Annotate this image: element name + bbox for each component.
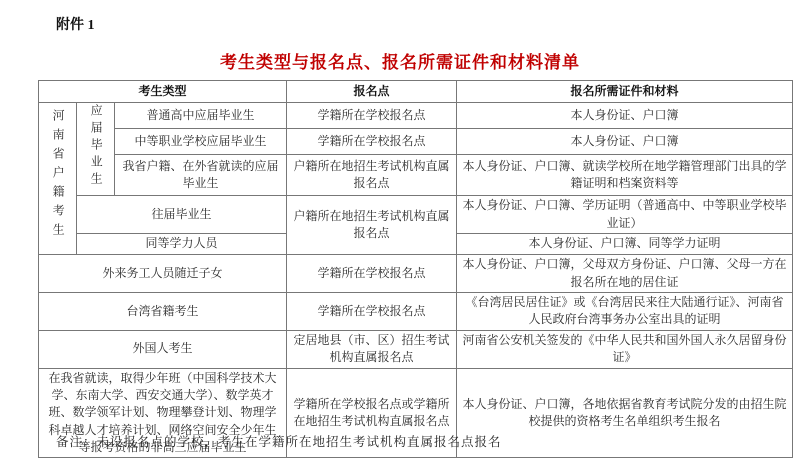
table-row: 我省户籍、在外省就读的应届毕业生 户籍所在地招生考试机构直属报名点 本人身份证、…: [39, 154, 793, 196]
group-cell-henan: 河南省户籍考生: [39, 103, 77, 255]
cell-materials: 河南省公安机关签发的《中华人民共和国外国人永久居留身份证》: [457, 330, 793, 368]
cell-type: 外国人考生: [39, 330, 287, 368]
cell-point: 定居地县（市、区）招生考试机构直属报名点: [287, 330, 457, 368]
cell-materials: 本人身份证、户口簿、学历证明（普通高中、中等职业学校毕业证）: [457, 196, 793, 234]
cell-point: 户籍所在地招生考试机构直属报名点: [287, 154, 457, 196]
cell-type: 外来务工人员随迁子女: [39, 255, 287, 293]
cell-point: 学籍所在学校报名点: [287, 103, 457, 129]
cell-materials: 本人身份证、户口簿: [457, 128, 793, 154]
cell-point: 学籍所在学校报名点: [287, 128, 457, 154]
group-fresh-label: 应届毕业生: [89, 104, 102, 189]
table-row: 外国人考生 定居地县（市、区）招生考试机构直属报名点 河南省公安机关签发的《中华…: [39, 330, 793, 368]
group-henan-label: 河南省户籍考生: [51, 109, 64, 242]
cell-type: 往届毕业生: [77, 196, 287, 234]
cell-materials: 本人身份证、户口簿、同等学力证明: [457, 234, 793, 255]
group-cell-fresh-graduate: 应届毕业生: [77, 103, 115, 196]
attachment-label: 附件 1: [56, 14, 95, 34]
cell-type: 普通高中应届毕业生: [115, 103, 287, 129]
header-examinee-type: 考生类型: [39, 81, 287, 103]
table-row: 外来务工人员随迁子女 学籍所在学校报名点 本人身份证、户口簿，父母双方身份证、户…: [39, 255, 793, 293]
cell-type: 台湾省籍考生: [39, 292, 287, 330]
cell-point: 学籍所在学校报名点: [287, 292, 457, 330]
cell-point: 户籍所在地招生考试机构直属报名点: [287, 196, 457, 255]
cell-materials: 本人身份证、户口簿、就读学校所在地学籍管理部门出具的学籍证明和档案资料等: [457, 154, 793, 196]
table-row: 往届毕业生 户籍所在地招生考试机构直属报名点 本人身份证、户口簿、学历证明（普通…: [39, 196, 793, 234]
table-row: 河南省户籍考生 应届毕业生 普通高中应届毕业生 学籍所在学校报名点 本人身份证、…: [39, 103, 793, 129]
cell-materials: 本人身份证、户口簿，各地依据省教育考试院分发的由招生院校提供的资格考生名单组织考…: [457, 368, 793, 458]
cell-type: 同等学力人员: [77, 234, 287, 255]
page-title: 考生类型与报名点、报名所需证件和材料清单: [0, 48, 800, 73]
cell-point: 学籍所在学校报名点: [287, 255, 457, 293]
header-required-materials: 报名所需证件和材料: [457, 81, 793, 103]
cell-type: 我省户籍、在外省就读的应届毕业生: [115, 154, 287, 196]
header-registration-point: 报名点: [287, 81, 457, 103]
table-row: 中等职业学校应届毕业生 学籍所在学校报名点 本人身份证、户口簿: [39, 128, 793, 154]
table-header-row: 考生类型 报名点 报名所需证件和材料: [39, 81, 793, 103]
footer-note: 备注：未设报名点的学校，考生在学籍所在地招生考试机构直属报名点报名: [56, 432, 502, 450]
cell-materials: 本人身份证、户口簿，父母双方身份证、户口簿、父母一方在报名所在地的居住证: [457, 255, 793, 293]
table-row: 台湾省籍考生 学籍所在学校报名点 《台湾居民居住证》或《台湾居民来往大陆通行证》…: [39, 292, 793, 330]
cell-type: 中等职业学校应届毕业生: [115, 128, 287, 154]
document-page: 附件 1 考生类型与报名点、报名所需证件和材料清单 考生类型 报名点 报名所需证…: [0, 0, 800, 460]
cell-materials: 《台湾居民居住证》或《台湾居民来往大陆通行证》、河南省人民政府台湾事务办公室出具…: [457, 292, 793, 330]
cell-materials: 本人身份证、户口簿: [457, 103, 793, 129]
examinee-table: 考生类型 报名点 报名所需证件和材料 河南省户籍考生 应届毕业生 普通高中应届毕…: [38, 80, 793, 458]
